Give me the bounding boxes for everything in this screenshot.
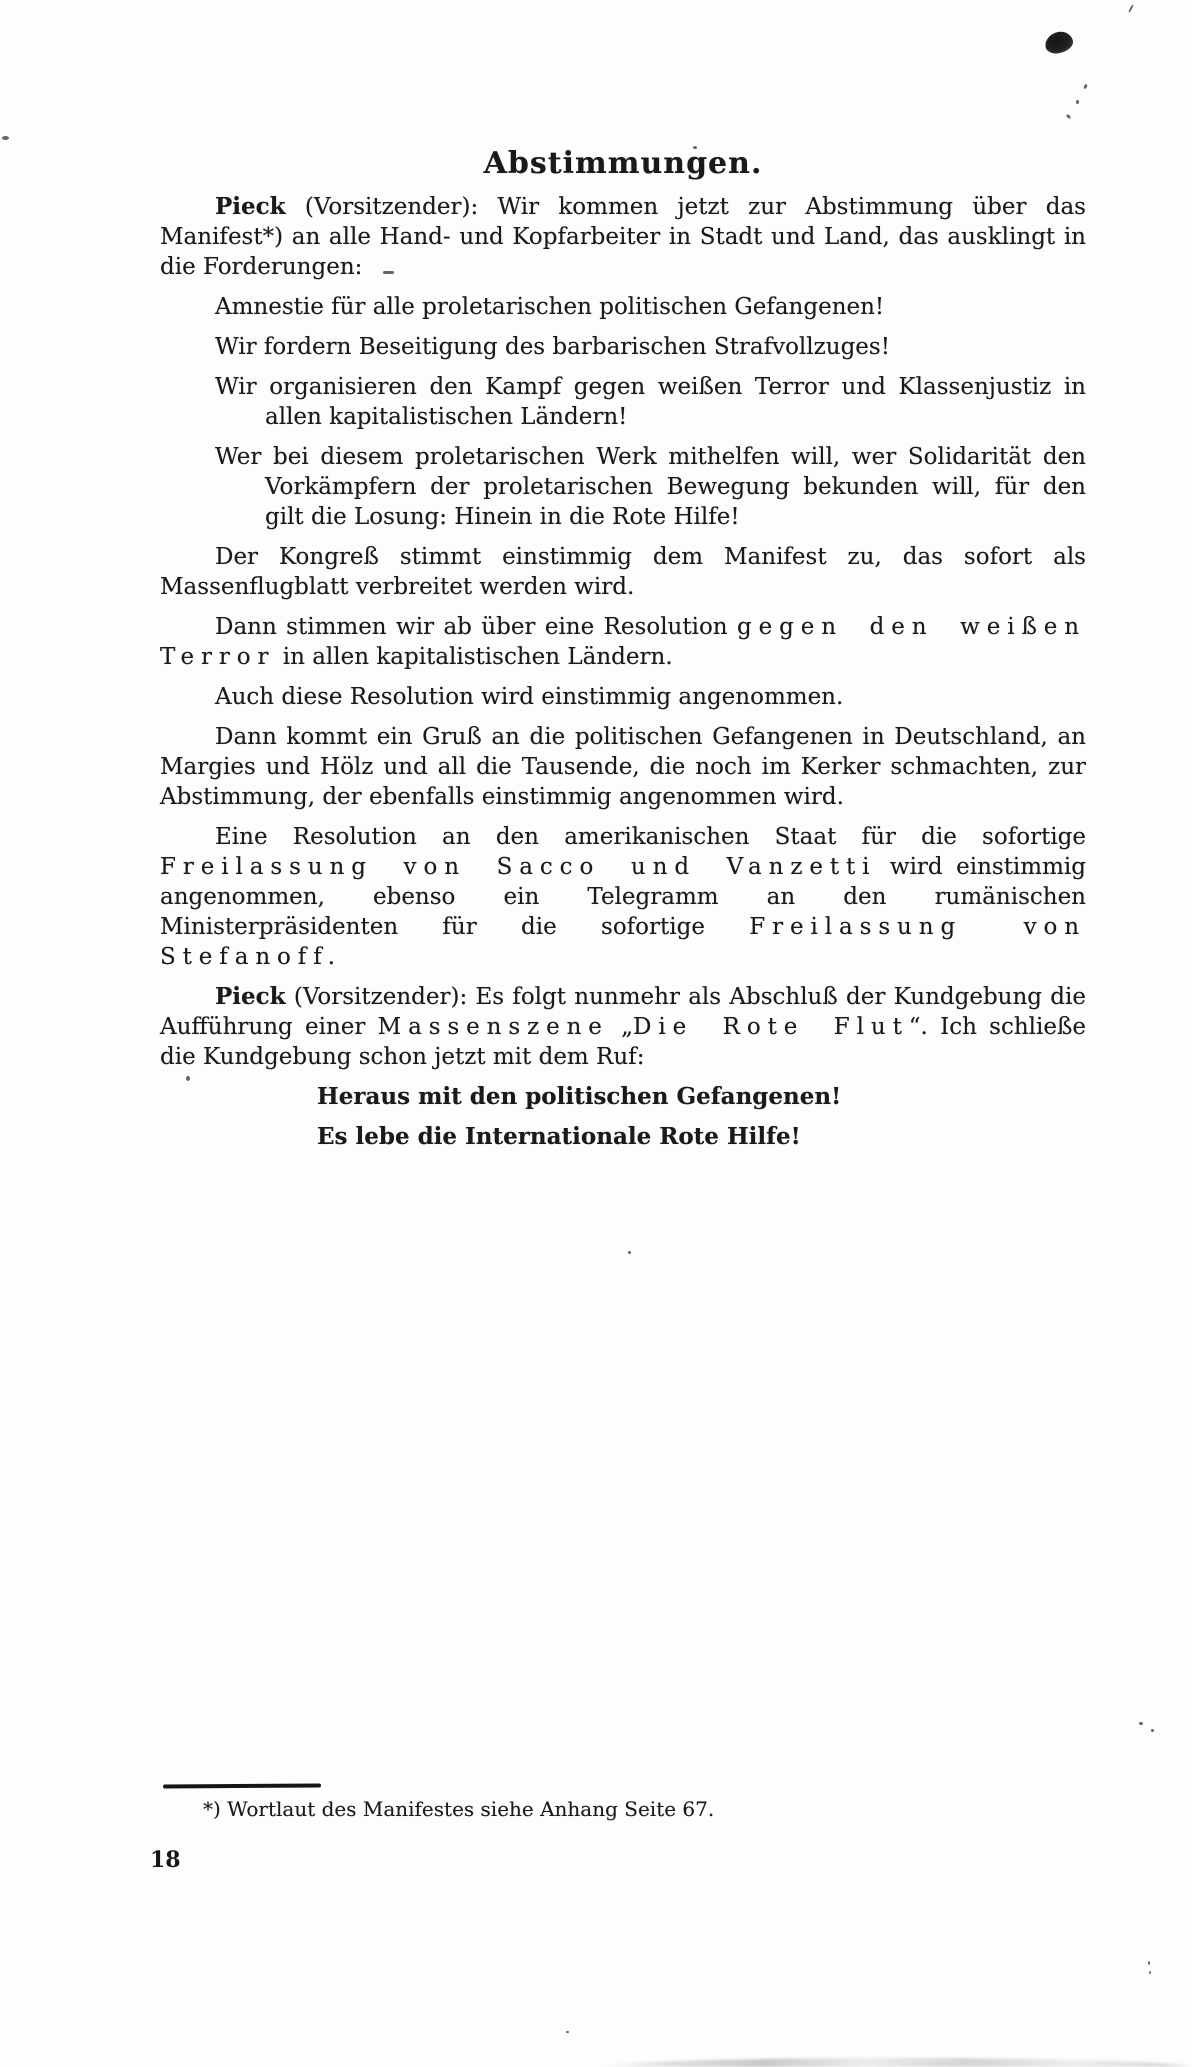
scan-speck <box>2 136 9 140</box>
scan-speck <box>628 1251 631 1254</box>
scan-speck <box>1151 1729 1154 1732</box>
paragraphs-container: Pieck (Vorsitzender): Wir kommen jetzt z… <box>160 192 1086 1152</box>
page-body: Abstimmungen. Pieck (Vorsitzender): Wir … <box>160 146 1086 1152</box>
ink-blob-artifact <box>1043 30 1074 56</box>
text-segment: „ <box>609 1014 633 1040</box>
body-paragraph: Dann stimmen wir ab über eine Resolution… <box>160 612 1086 672</box>
demand-list-item: Wir fordern Beseitigung des barbarischen… <box>265 332 1086 362</box>
page-title: Abstimmungen. <box>160 146 1086 182</box>
bold-text: Heraus mit den politischen Gefangenen! <box>317 1083 841 1110</box>
body-paragraph: Auch diese Resolution wird einstimmig an… <box>160 682 1086 712</box>
text-segment: Amnestie für alle proletarischen politis… <box>215 294 884 320</box>
text-segment: Dann stimmen wir ab über eine Resolution <box>215 614 737 640</box>
body-paragraph: Pieck (Vorsitzender): Es folgt nunmehr a… <box>160 982 1086 1072</box>
body-paragraph: Dann kommt ein Gruß an die politischen G… <box>160 722 1086 812</box>
bold-text: Es lebe die Internationale Rote Hilfe! <box>317 1123 801 1150</box>
slogan-line: Es lebe die Internationale Rote Hilfe! <box>317 1122 1086 1152</box>
text-segment: Wir fordern Beseitigung des barbarischen… <box>215 334 890 360</box>
scan-speck <box>1148 1961 1150 1965</box>
text-segment: Wer bei diesem proletarischen Werk mithe… <box>215 444 1086 530</box>
demand-list-item: Wir organisieren den Kampf gegen weißen … <box>265 372 1086 432</box>
demand-list-item: Wer bei diesem proletarischen Werk mithe… <box>265 442 1086 532</box>
spaced-emphasis-text: Die Rote Flut <box>633 1014 909 1040</box>
text-segment: Der Kongreß stimmt einstimmig dem Manife… <box>160 544 1086 600</box>
spaced-emphasis-text: Freilassung von Sacco und Vanzetti <box>160 854 876 880</box>
spaced-emphasis-text: Massenszene <box>378 1014 609 1040</box>
footnote-rule <box>163 1783 321 1788</box>
scan-speck <box>1083 84 1088 90</box>
scan-speck <box>566 2031 569 2033</box>
bold-text: Pieck <box>215 193 286 220</box>
footnote-text: *) Wortlaut des Manifestes siehe Anhang … <box>203 1797 714 1822</box>
text-segment: Eine Resolution an den amerikanischen St… <box>215 824 1086 850</box>
scan-speck <box>1076 100 1079 104</box>
text-segment: (Vorsitzender): Wir kommen jetzt zur Abs… <box>160 194 1086 280</box>
scan-speck <box>1066 114 1072 120</box>
text-segment: Auch diese Resolution wird einstimmig an… <box>215 684 843 710</box>
text-segment: Wir organisieren den Kampf gegen weißen … <box>215 374 1086 430</box>
text-segment: in allen kapitalistischen Ländern. <box>275 644 672 670</box>
body-paragraph: Pieck (Vorsitzender): Wir kommen jetzt z… <box>160 192 1086 282</box>
page-number: 18 <box>150 1847 181 1873</box>
scan-edge-smudge <box>600 2058 1192 2067</box>
scan-speck <box>1128 4 1134 13</box>
body-paragraph: Der Kongreß stimmt einstimmig dem Manife… <box>160 542 1086 602</box>
slogan-line: Heraus mit den politischen Gefangenen! <box>317 1082 1086 1112</box>
scan-speck <box>1149 1971 1151 1974</box>
bold-text: Pieck <box>215 983 286 1010</box>
demand-list-item: Amnestie für alle proletarischen politis… <box>265 292 1086 322</box>
body-paragraph: Eine Resolution an den amerikanischen St… <box>160 822 1086 972</box>
scan-speck <box>1139 1722 1143 1725</box>
scanned-book-page: Abstimmungen. Pieck (Vorsitzender): Wir … <box>0 0 1192 2067</box>
text-segment: Dann kommt ein Gruß an die politischen G… <box>160 724 1086 810</box>
